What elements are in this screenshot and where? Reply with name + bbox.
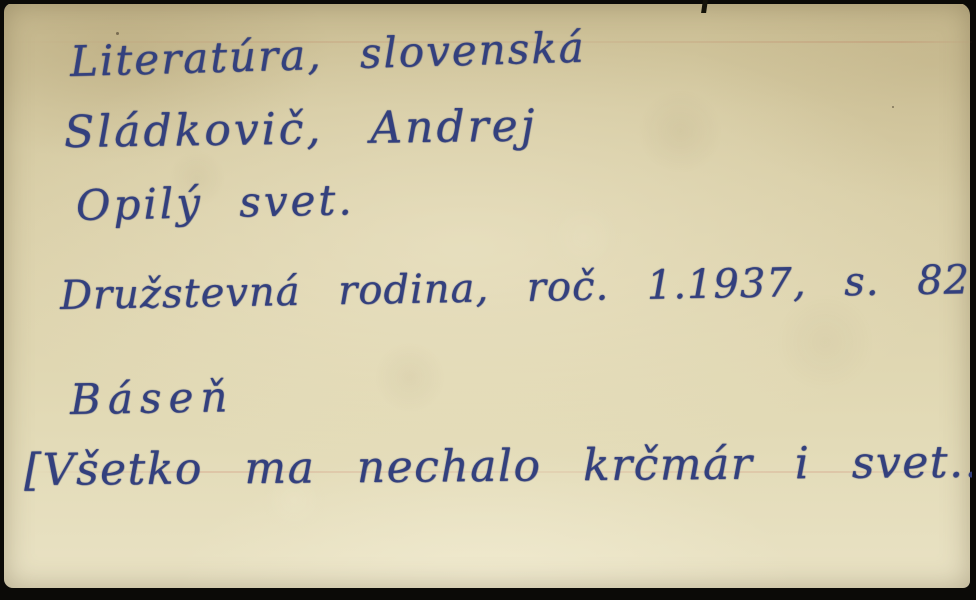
scanned-card-image: Literatúra, slovenská Sládkovič, Andrej … <box>0 0 976 600</box>
work-title: Opilý svet. <box>75 175 355 230</box>
subject-heading: Literatúra, slovenská <box>69 23 586 86</box>
source-citation: Družstevná rodina, roč. 1.1937, s. 82. <box>60 257 976 319</box>
perforated-edge-right <box>963 0 976 600</box>
author-name: Sládkovič, Andrej <box>64 100 538 158</box>
incipit-note: [Všetko ma nechalo krčmár i svet...] <box>24 436 976 496</box>
genre-note: Báseň <box>70 372 235 424</box>
scan-edge-top <box>0 0 976 4</box>
catalog-card: Literatúra, slovenská Sládkovič, Andrej … <box>4 3 970 588</box>
scan-edge-left <box>0 0 4 600</box>
perforated-edge-bottom <box>0 585 976 600</box>
paper-speck <box>892 106 894 108</box>
paper-speck <box>116 32 119 35</box>
